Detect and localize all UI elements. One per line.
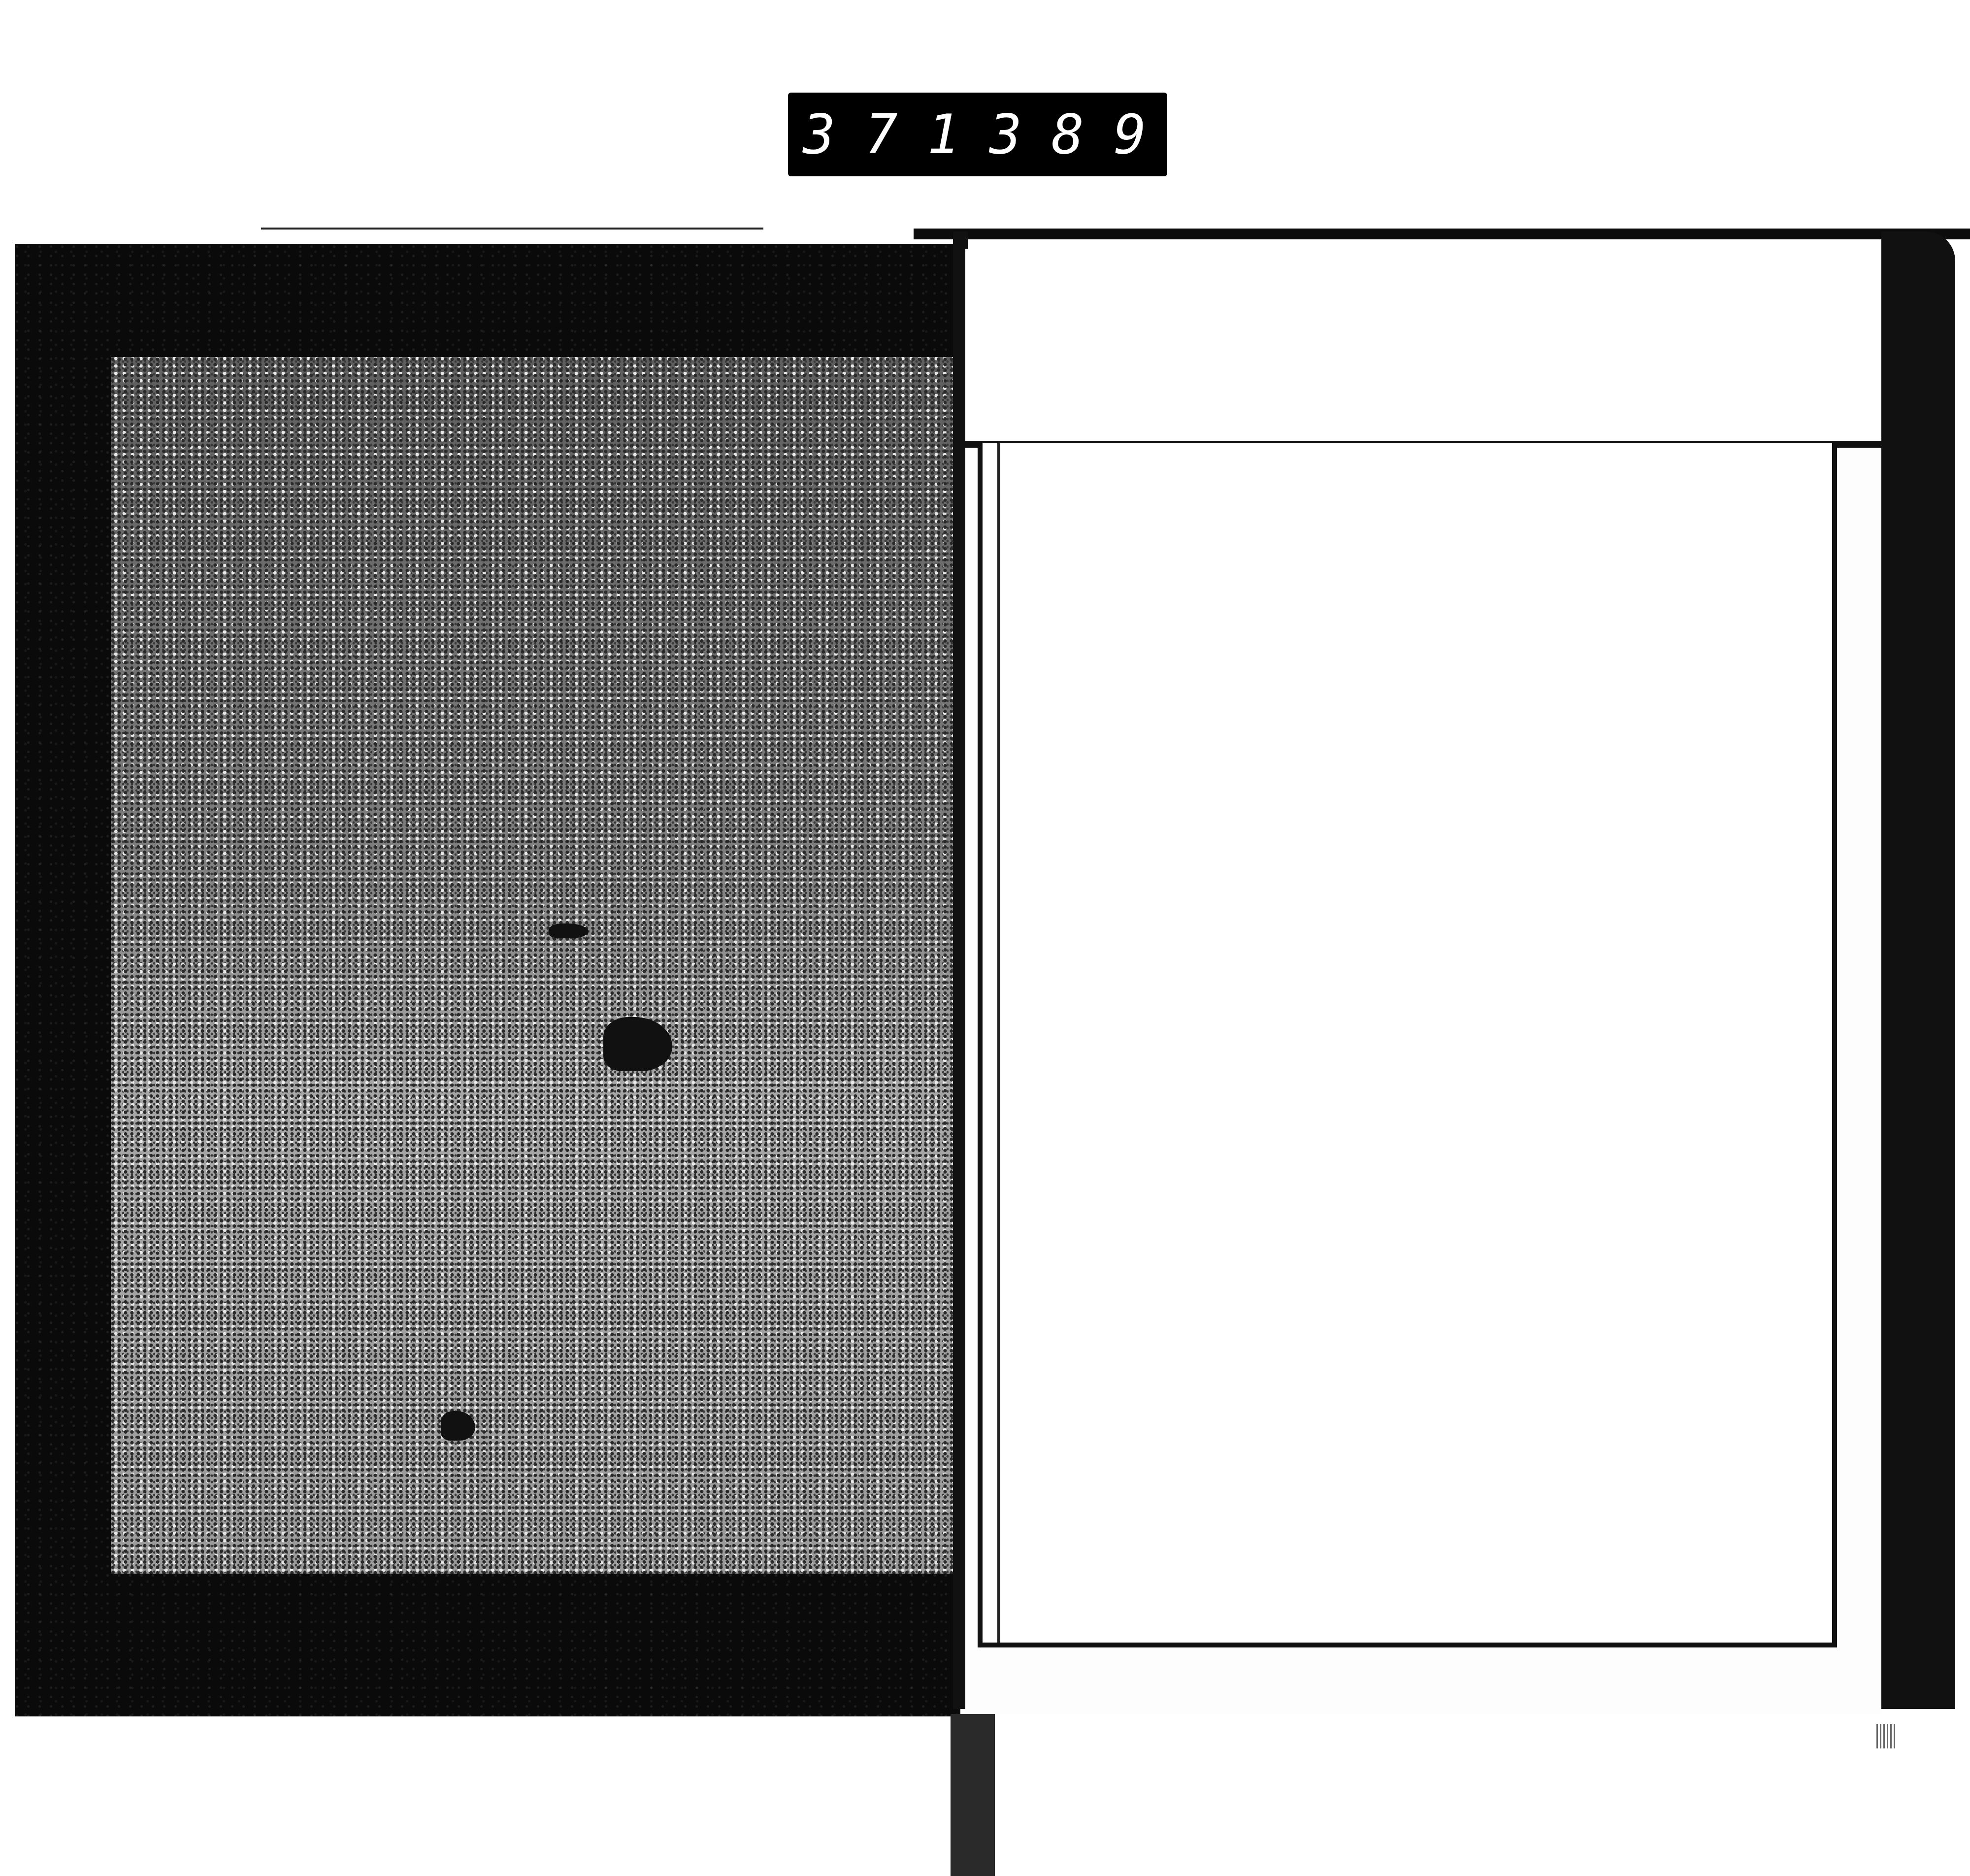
stain-mark xyxy=(549,923,589,938)
frame-counter: 371 389. xyxy=(788,93,1167,176)
frame-counter-right: 389. xyxy=(989,107,1238,162)
stain-mark xyxy=(441,1411,475,1441)
right-blank-page xyxy=(965,249,1881,1714)
corner-marks xyxy=(1876,1724,1896,1748)
frame-inner-rule xyxy=(997,443,1000,1643)
page-border-frame xyxy=(978,443,1837,1647)
left-cover-board xyxy=(15,244,960,1716)
stain-mark xyxy=(603,1017,672,1071)
lower-spine-edge xyxy=(951,1714,995,1876)
frame-counter-left: 371 xyxy=(803,107,989,162)
top-rule-line xyxy=(261,228,763,230)
pastedown-paper xyxy=(111,357,963,1574)
right-edge-binding xyxy=(1881,231,1955,1709)
top-rule-right xyxy=(914,229,1970,239)
page-top-margin xyxy=(965,249,1881,448)
